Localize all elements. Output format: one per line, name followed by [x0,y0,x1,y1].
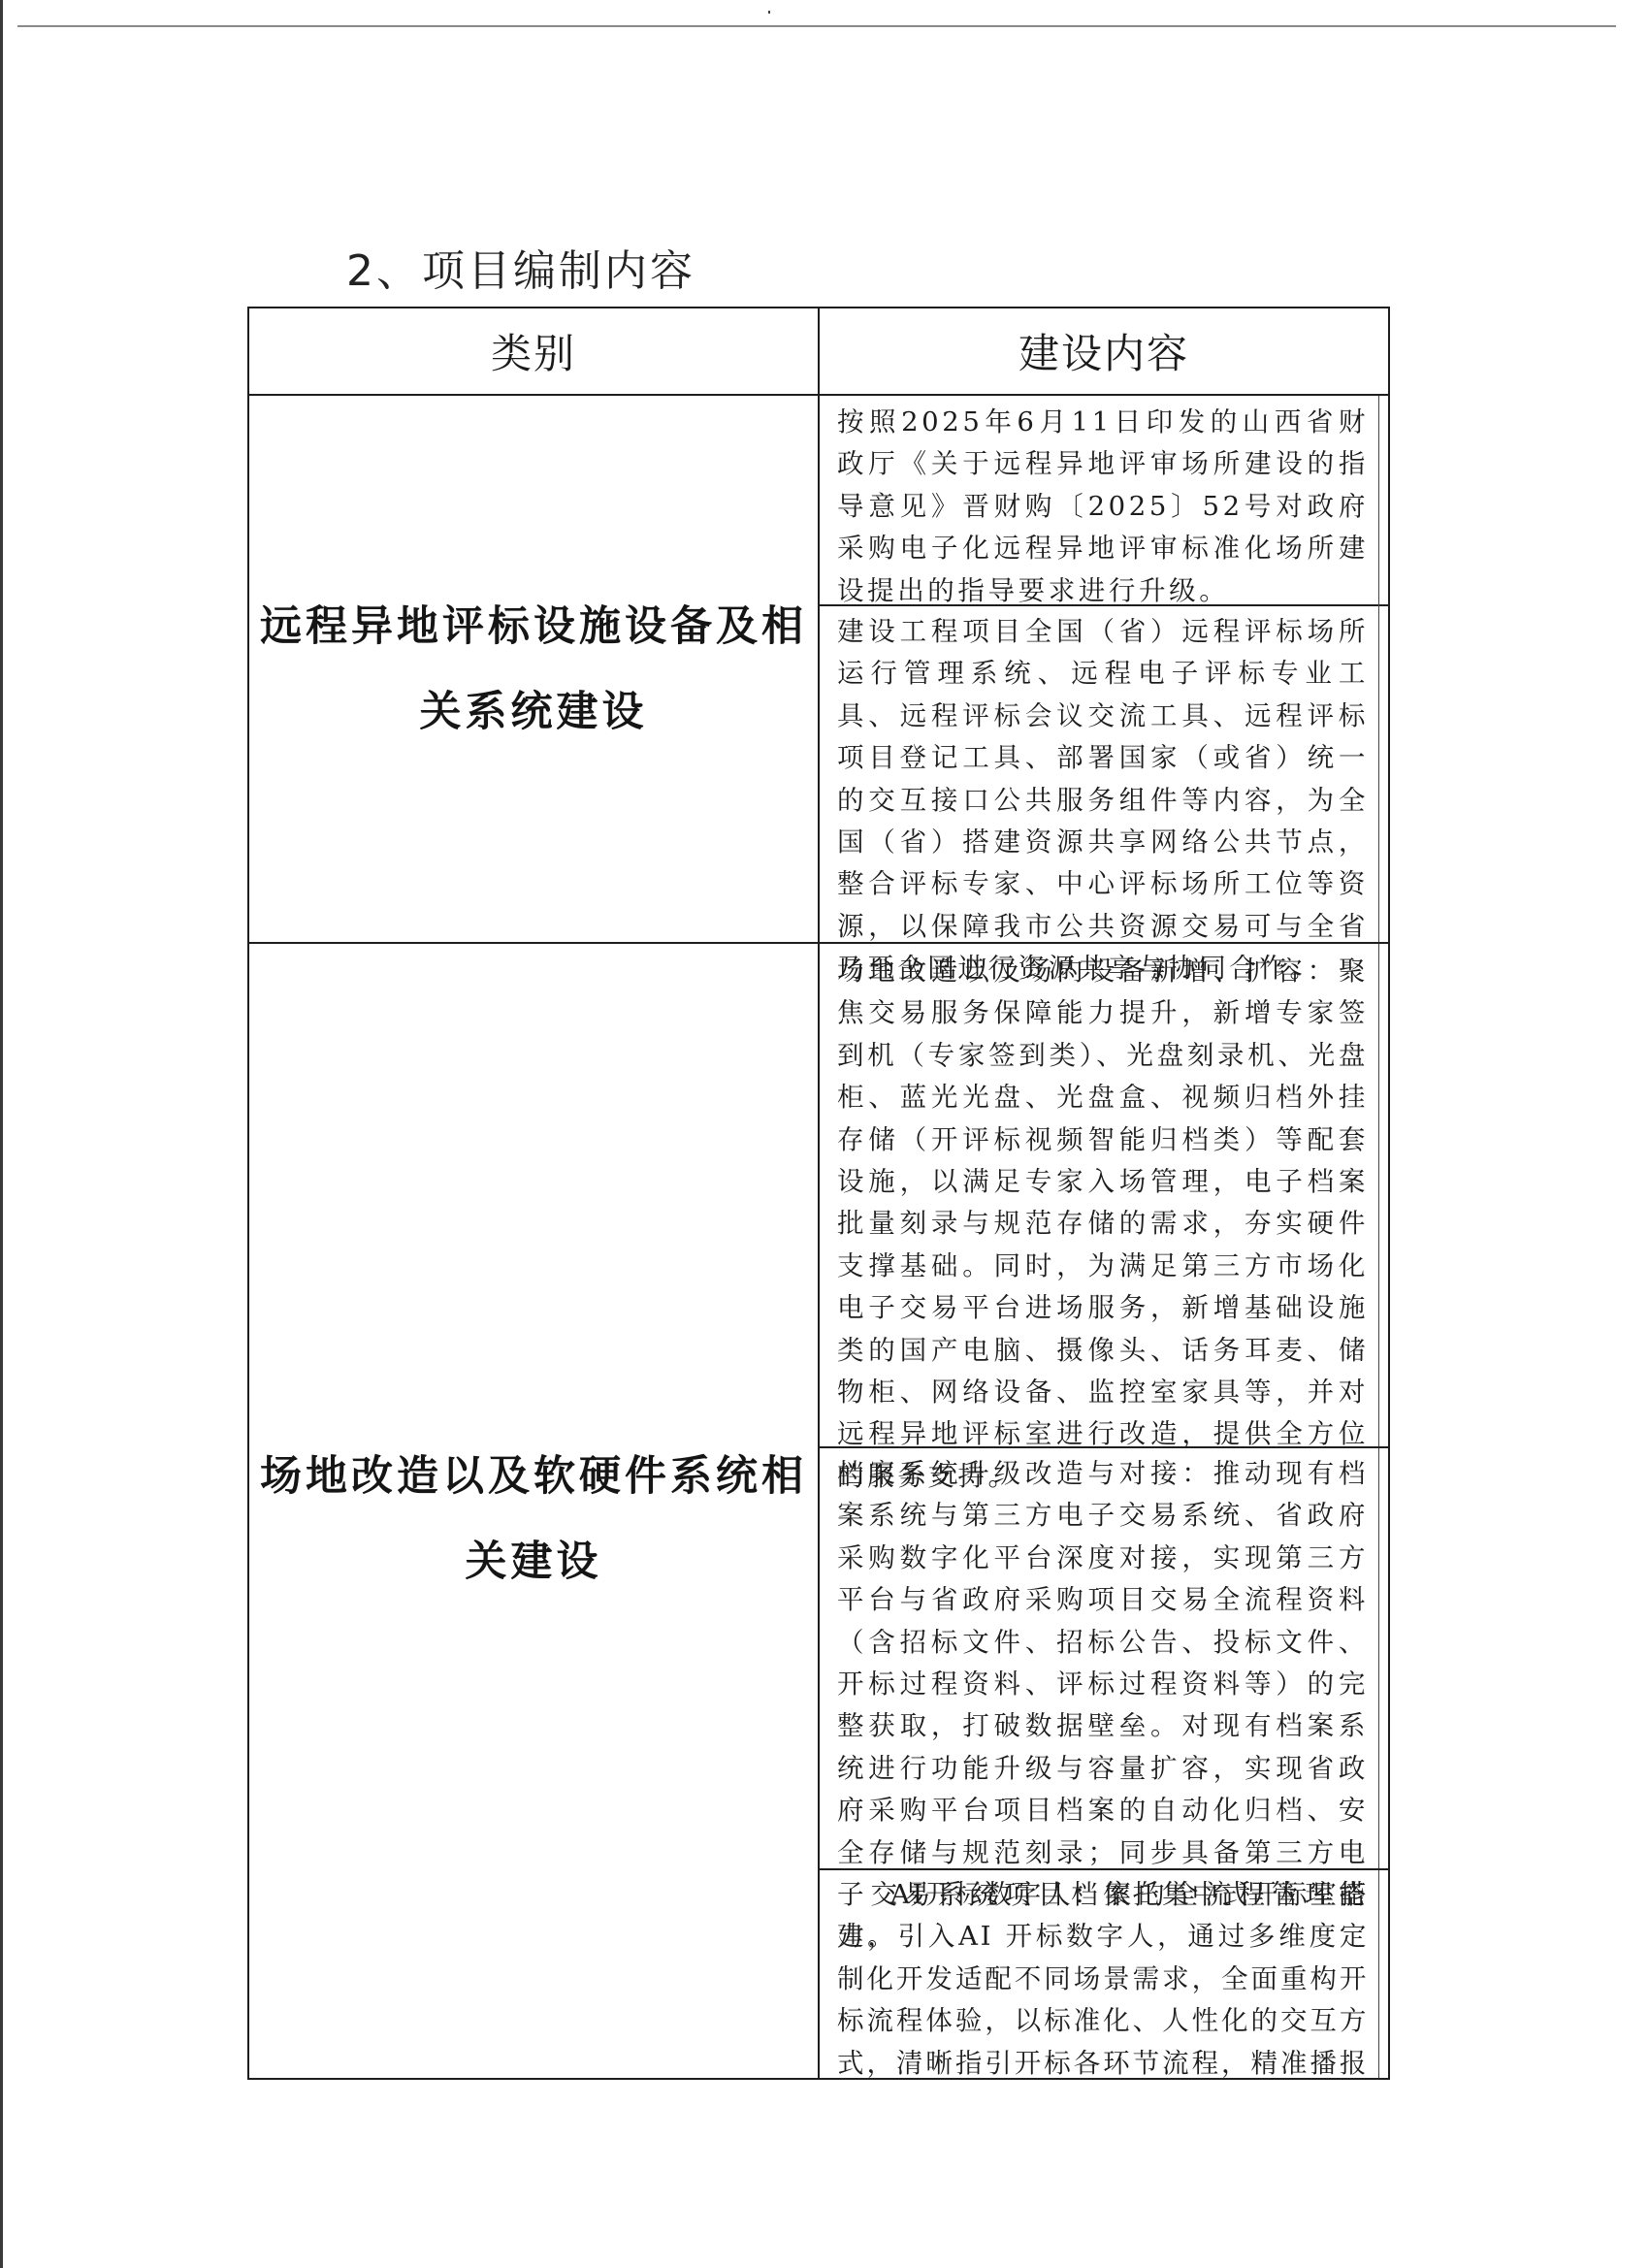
content-cell: 按照2025年6月11日印发的山西省财政厅《关于远程异地评审场所建设的指导意见》… [820,402,1378,612]
category-line: 远程异地评标设施设备及相 [260,584,807,669]
subrow-inner-border [1378,396,1379,2078]
scan-artifact-dot [768,11,770,14]
category-cell: 场地改造以及软硬件系统相 关建设 [249,944,818,2078]
content-cell: AI开标数字人：依托集中式开标室搭建，引入AI 开标数字人，通过多维度定制化开发… [820,1874,1378,2078]
scan-artifact-line [17,25,1616,27]
category-line: 场地改造以及软硬件系统相 [260,1434,807,1519]
category-line: 关建设 [466,1519,602,1604]
construction-content-table: 类别 建设内容 远程异地评标设施设备及相 关系统建设 按照2025年6月11日印… [247,307,1390,2080]
content-cell: 场地改造以及场内设备新增、扩容：聚焦交易服务保障能力提升，新增专家签到机（专家签… [820,951,1378,1498]
category-cell: 远程异地评标设施设备及相 关系统建设 [249,396,818,942]
header-category: 类别 [249,308,818,394]
header-content: 建设内容 [820,308,1388,394]
category-line: 关系统建设 [420,669,648,755]
scan-edge [0,0,3,2268]
content-cell: 建设工程项目全国（省）远程评标场所运行管理系统、远程电子评标专业工具、远程评标会… [820,611,1378,990]
section-heading: 2、项目编制内容 [346,236,695,298]
